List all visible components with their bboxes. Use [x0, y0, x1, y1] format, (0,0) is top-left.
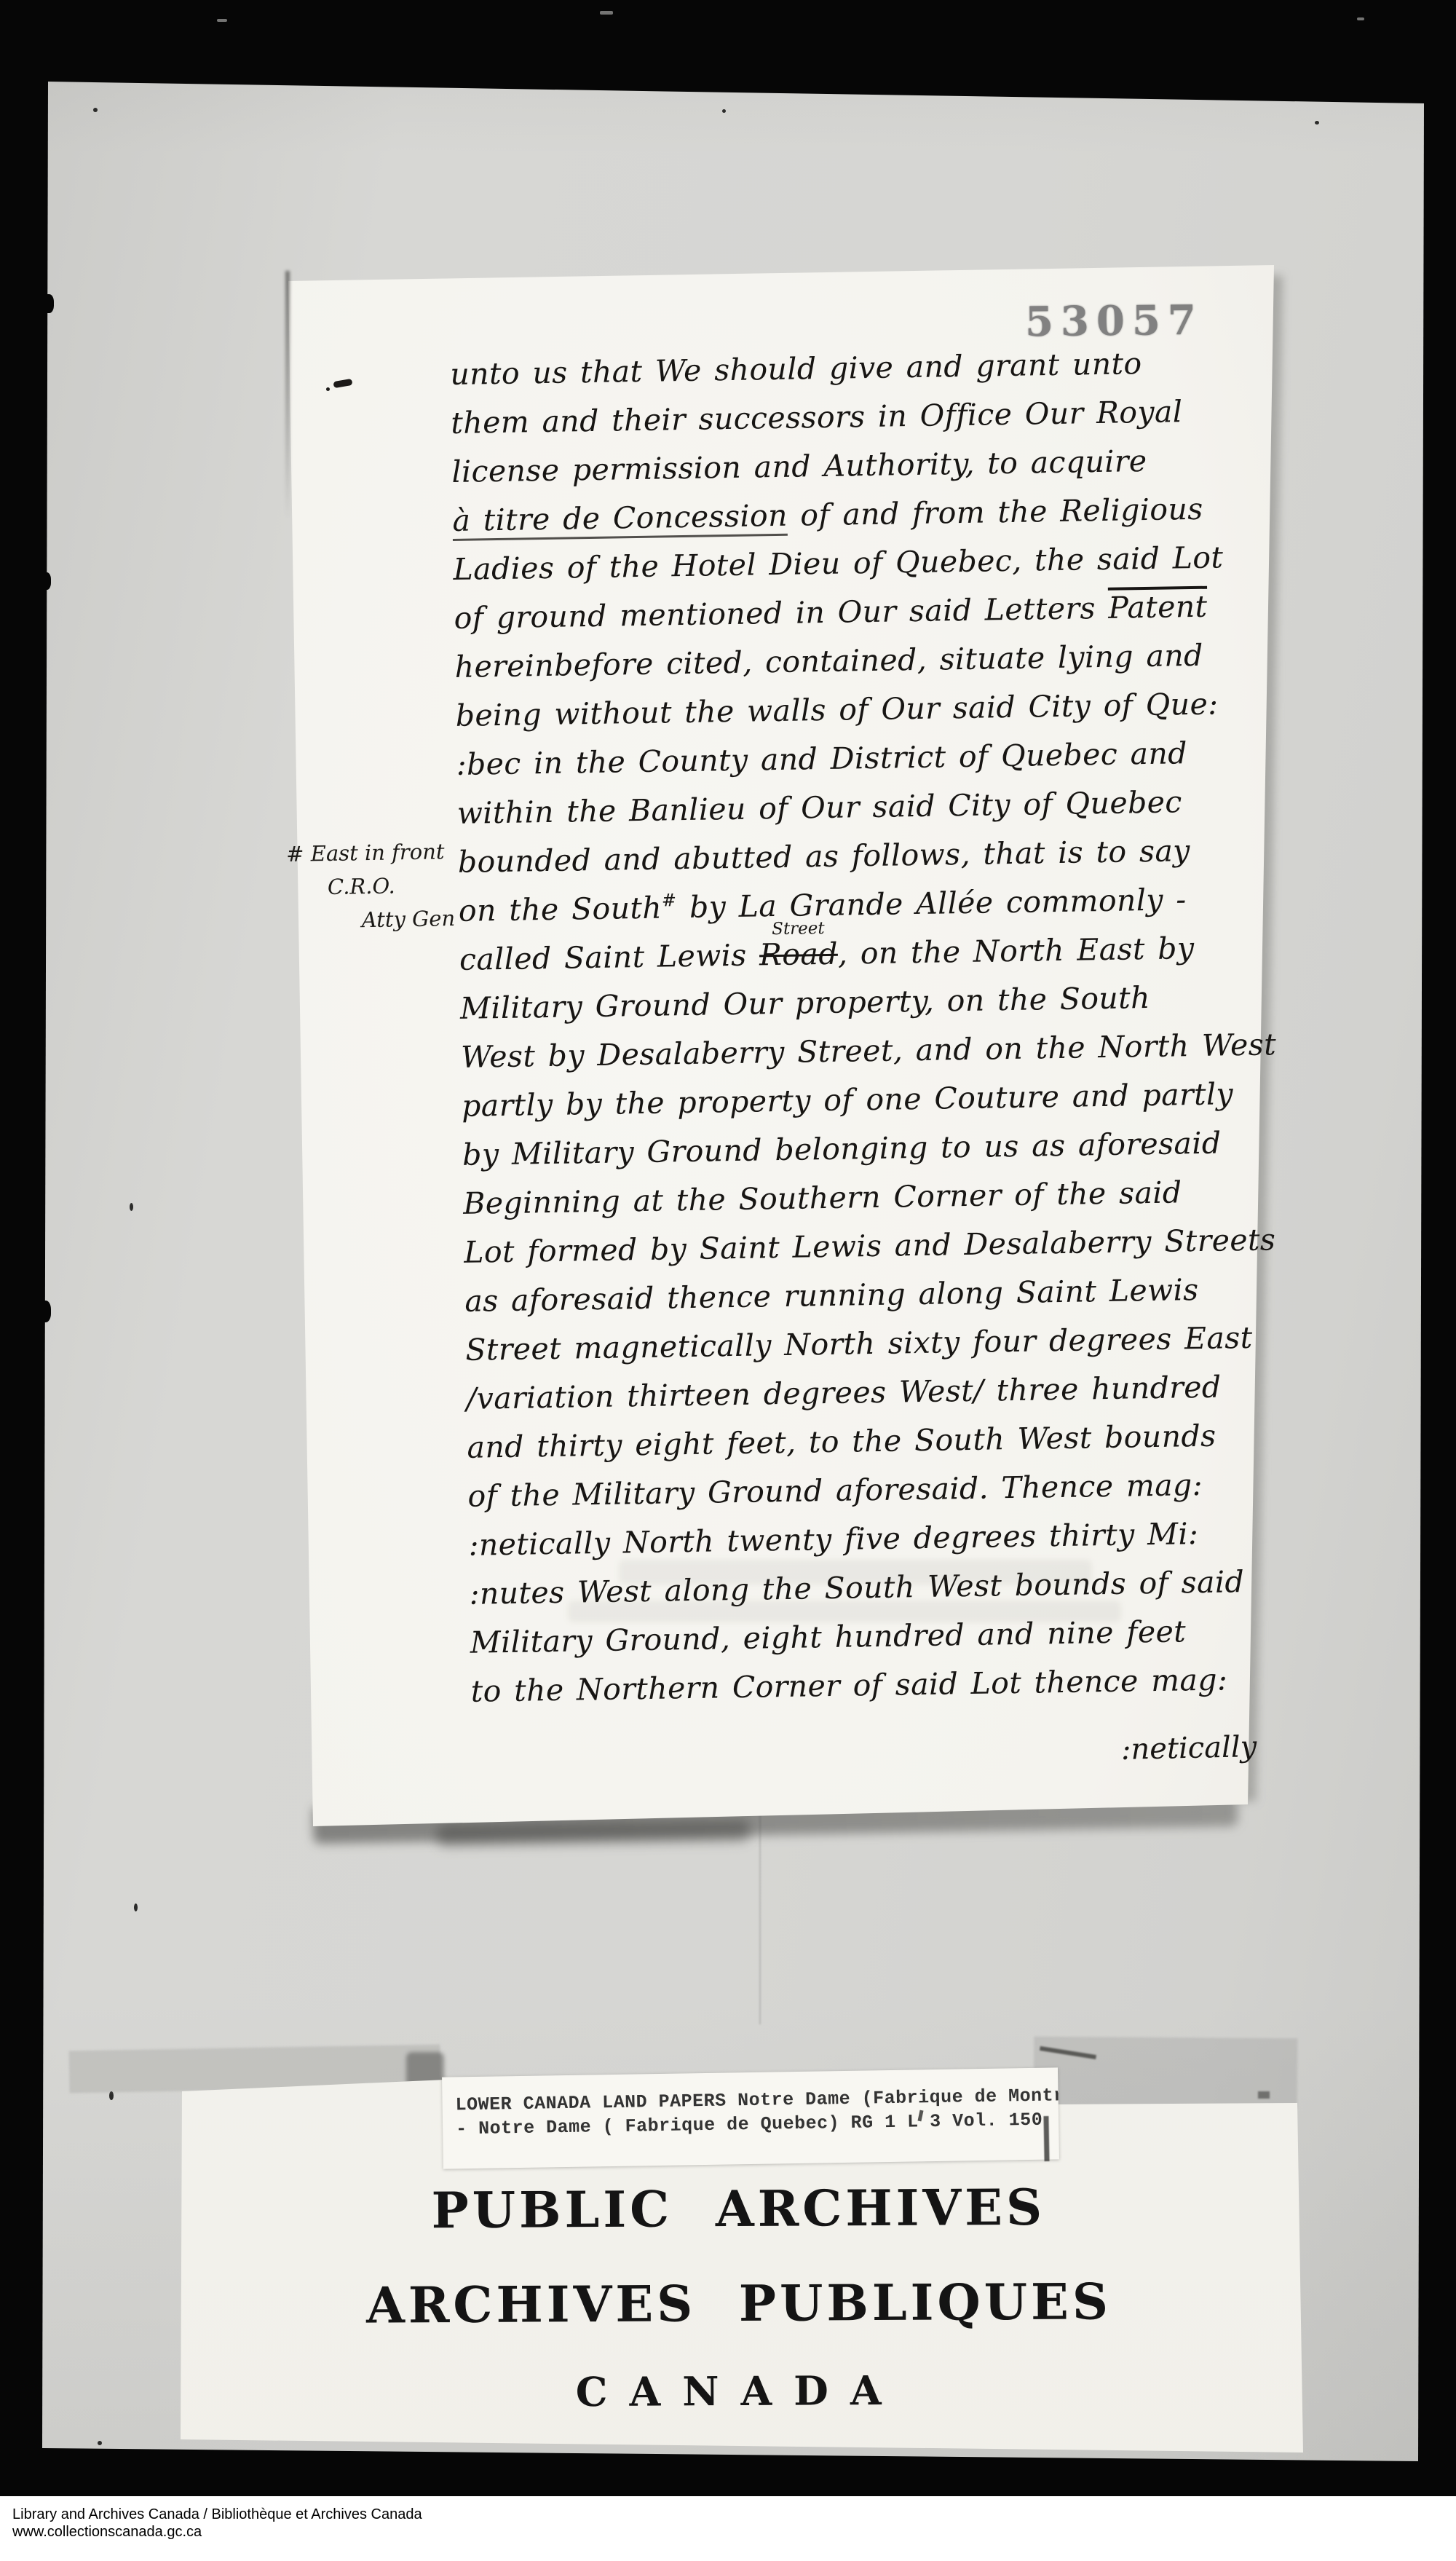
stray-mark — [109, 2091, 114, 2100]
margin-note-line: # East in front — [286, 834, 454, 871]
margin-note: # East in front C.R.O. Atty Gen — [286, 834, 456, 938]
stamp-line-canada: CANADA — [183, 2368, 1297, 2415]
margin-note-line: Atty Gen — [361, 901, 455, 936]
stray-mark — [134, 1903, 138, 1911]
stray-mark — [130, 1203, 133, 1211]
label-edge-mark — [1043, 2116, 1049, 2161]
footer-url: www.collectionscanada.gc.ca — [12, 2524, 202, 2541]
film-speck — [600, 11, 613, 15]
dust-speck — [98, 2441, 102, 2445]
stamp-line-french: ARCHIVES PUBLIQUES — [182, 2276, 1296, 2332]
scanned-document-scene: 53057 unto us that We should give and gr… — [0, 0, 1456, 2561]
public-archives-stamp: PUBLIC ARCHIVES ARCHIVES PUBLIQUES CANAD… — [181, 2182, 1297, 2415]
stamp-line-english: PUBLIC ARCHIVES — [181, 2182, 1295, 2237]
page-edge-shadow — [285, 271, 290, 518]
catchword: :netically — [1121, 1730, 1257, 1767]
tape-mark — [1258, 2091, 1270, 2099]
bleedthrough-smudge — [619, 1560, 1092, 1585]
dust-speck — [93, 108, 98, 112]
film-edge-nub — [42, 294, 54, 313]
bleedthrough-smudge — [568, 1601, 1121, 1622]
inserted-word: Street — [772, 919, 825, 939]
film-edge-nub — [38, 1301, 51, 1322]
catalog-label: LOWER CANADA LAND PAPERS Notre Dame (Fab… — [442, 2067, 1059, 2169]
film-speck — [217, 19, 227, 22]
dust-speck — [1315, 121, 1319, 125]
film-edge-nub — [41, 572, 51, 590]
margin-note-line: C.R.O. — [328, 868, 455, 904]
ink-blot — [326, 387, 330, 391]
footer-attribution: Library and Archives Canada / Bibliothèq… — [12, 2506, 422, 2523]
archival-number-stamp: 53057 — [1025, 296, 1204, 347]
film-speck — [1357, 17, 1364, 20]
footer: Library and Archives Canada / Bibliothèq… — [0, 2496, 1456, 2561]
dust-speck — [722, 109, 726, 113]
manuscript-text: unto us that We should give and grant un… — [450, 344, 1301, 1723]
